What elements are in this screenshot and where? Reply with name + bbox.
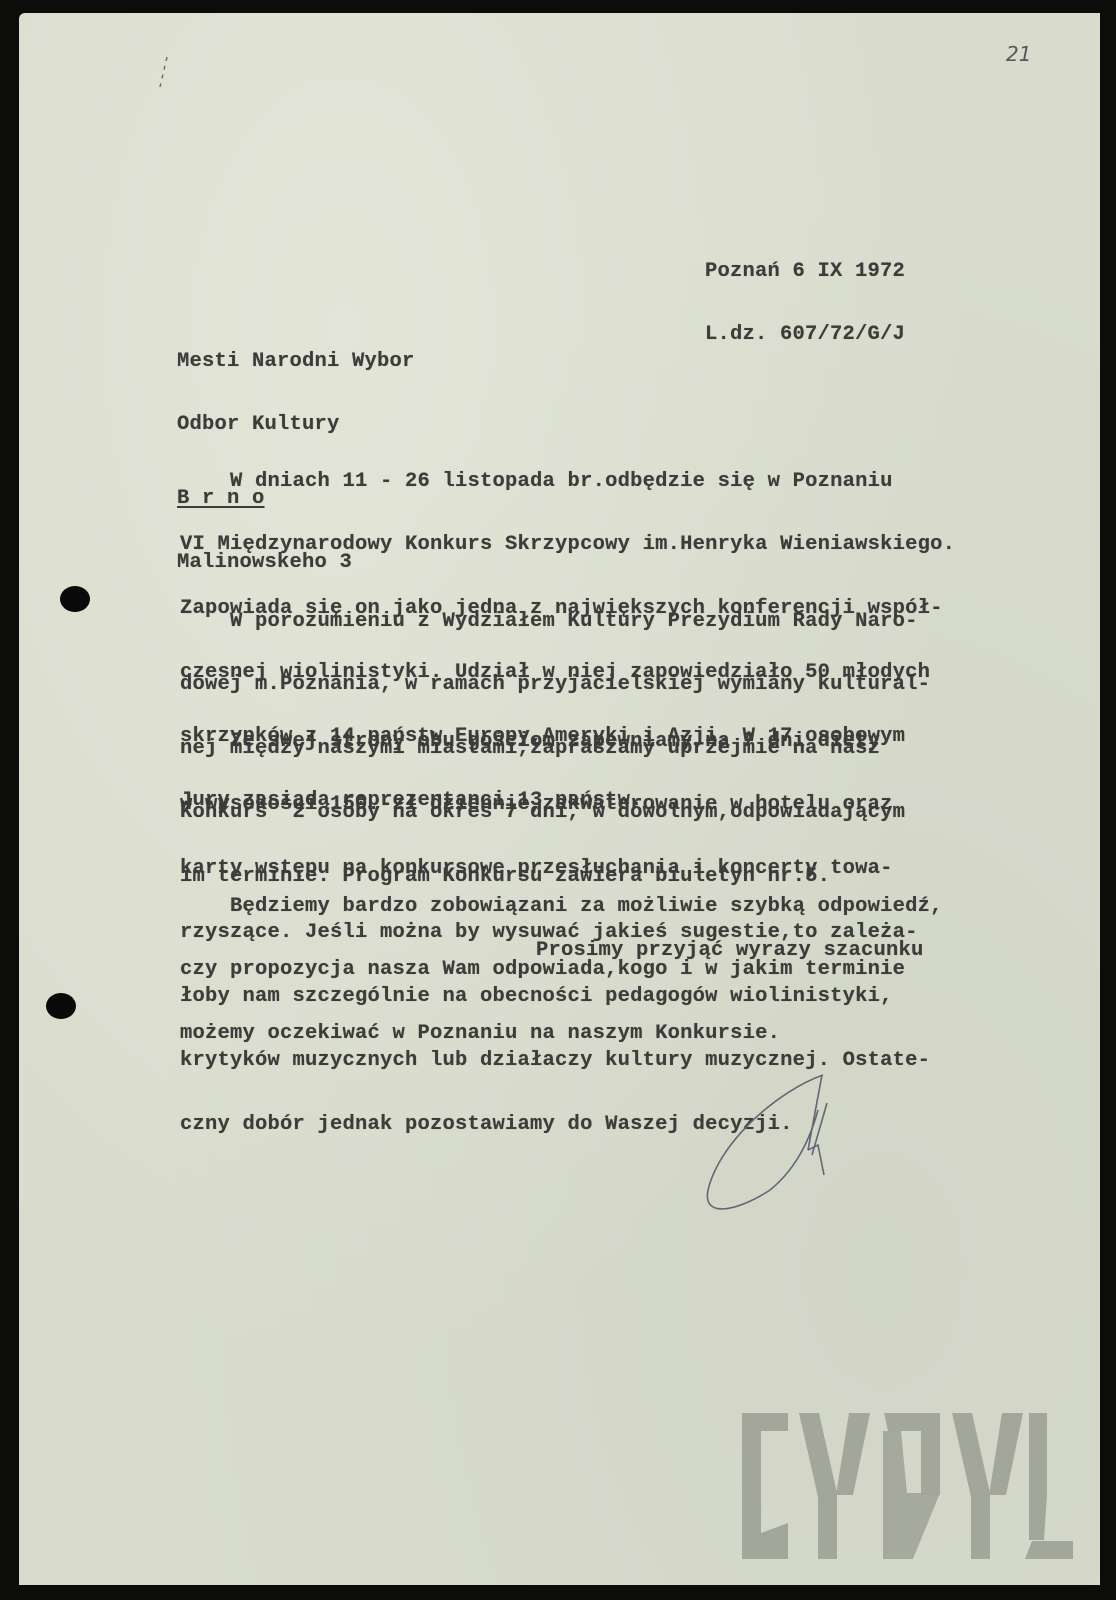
recipient-line1: Mesti Narodni Wybor [177, 351, 415, 372]
punch-hole-bottom [46, 993, 76, 1019]
closing-salutation: Prosimy przyjąć wyrazy szacunku [536, 940, 924, 961]
cyryl-watermark-logo [742, 1413, 1074, 1564]
page-number: 21 [1006, 42, 1031, 66]
text-line: VI Międzynarodowy Konkurs Skrzypcowy im.… [180, 534, 955, 555]
header-block: Poznań 6 IX 1972 L.dz. 607/72/G/J [705, 218, 905, 367]
text-line: W dniach 11 - 26 listopada br.odbędzie s… [180, 471, 955, 492]
text-line: Ze swej strony obu gościom zapewniamy na… [180, 731, 930, 752]
reference-number: L.dz. 607/72/G/J [705, 324, 905, 345]
text-line: czy propozycja nasza Wam odpowiada,kogo … [180, 959, 943, 980]
punch-hole-top [60, 586, 90, 612]
text-line: Będziemy bardzo zobowiązani za możliwie … [180, 896, 943, 917]
text-line: w wysokości 150.-zł dziennie,zakwaterowa… [180, 794, 930, 815]
place-date: Poznań 6 IX 1972 [705, 261, 905, 282]
text-line: W porozumieniu z Wydziałem Kultury Prezy… [180, 611, 930, 632]
handwritten-signature [700, 1070, 860, 1225]
text-line: możemy oczekiwać w Poznaniu na naszym Ko… [180, 1023, 943, 1044]
pencil-mark [155, 55, 175, 100]
